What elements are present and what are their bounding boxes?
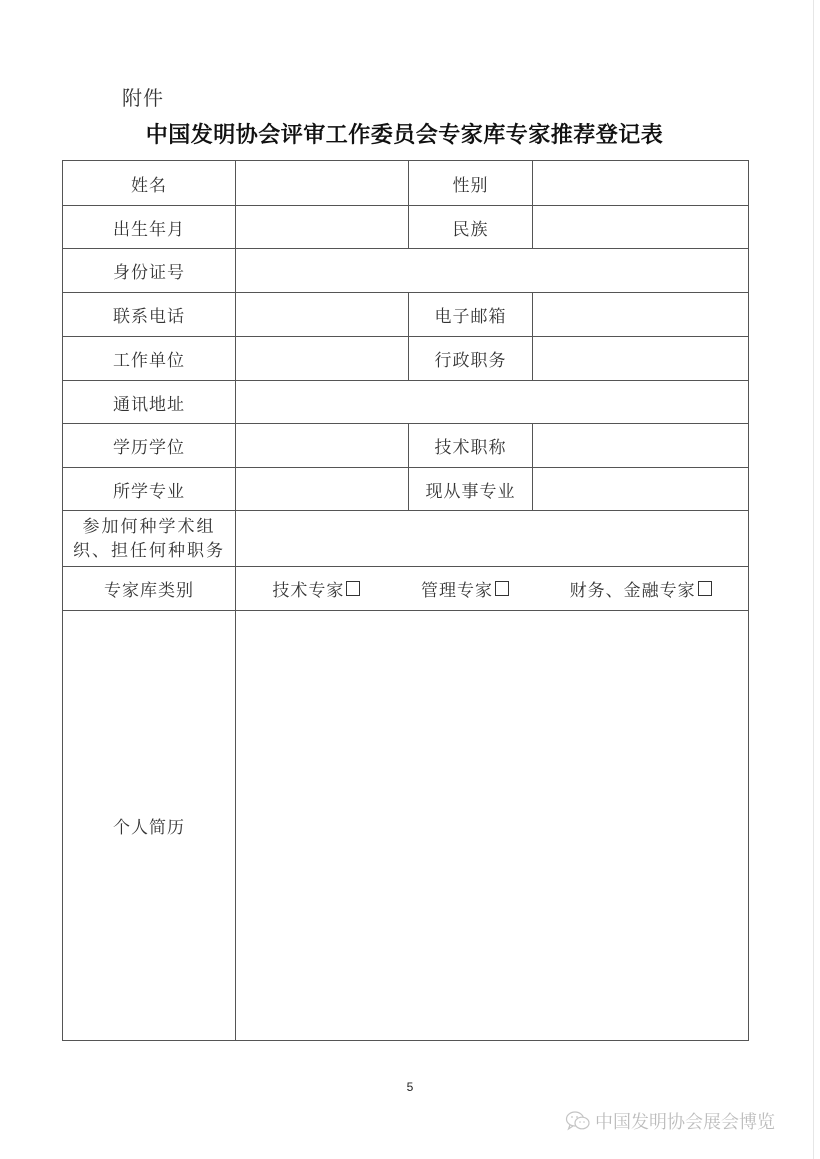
form-row-resume: 个人简历 xyxy=(63,611,749,1041)
expert-type-options: 技术专家 管理专家 财务、金融专家 xyxy=(236,567,749,611)
form-row-education: 学历学位 技术职称 xyxy=(63,424,749,468)
option-label: 管理专家 xyxy=(421,576,493,601)
field-major[interactable] xyxy=(236,468,409,511)
registration-form-table: 姓名 性别 出生年月 民族 身份证号 联系电话 电子邮箱 工作单位 行政职务 xyxy=(62,160,749,1041)
label-id-number: 身份证号 xyxy=(63,249,236,293)
option-management-expert[interactable]: 管理专家 xyxy=(421,576,509,601)
label-gender: 性别 xyxy=(409,161,533,206)
checkbox-finance-expert[interactable] xyxy=(698,581,712,596)
form-row-contact: 联系电话 电子邮箱 xyxy=(63,293,749,337)
form-row-birth: 出生年月 民族 xyxy=(63,206,749,249)
form-row-address: 通讯地址 xyxy=(63,381,749,424)
option-technical-expert[interactable]: 技术专家 xyxy=(272,576,360,601)
field-id-number[interactable] xyxy=(236,249,749,293)
watermark-text: 中国发明协会展会博览 xyxy=(595,1108,775,1134)
label-expert-type: 专家库类别 xyxy=(63,567,236,611)
field-phone[interactable] xyxy=(236,293,409,337)
label-major: 所学专业 xyxy=(63,468,236,511)
field-email[interactable] xyxy=(533,293,749,337)
label-education: 学历学位 xyxy=(63,424,236,468)
page-edge-line xyxy=(813,0,814,1159)
wechat-icon xyxy=(565,1110,591,1132)
field-employer[interactable] xyxy=(236,337,409,381)
option-label: 技术专家 xyxy=(272,576,344,601)
label-ethnicity: 民族 xyxy=(409,206,533,249)
form-row-name: 姓名 性别 xyxy=(63,161,749,206)
form-title: 中国发明协会评审工作委员会专家库专家推荐登记表 xyxy=(62,118,747,149)
option-label: 财务、金融专家 xyxy=(570,576,696,601)
field-academic-organizations[interactable] xyxy=(236,511,749,567)
form-row-organizations: 参加何种学术组 织、担任何种职务 xyxy=(63,511,749,567)
label-employer: 工作单位 xyxy=(63,337,236,381)
label-birth-date: 出生年月 xyxy=(63,206,236,249)
option-finance-expert[interactable]: 财务、金融专家 xyxy=(570,576,712,601)
label-technical-title: 技术职称 xyxy=(409,424,533,468)
label-resume: 个人简历 xyxy=(63,611,236,1041)
field-ethnicity[interactable] xyxy=(533,206,749,249)
label-address: 通讯地址 xyxy=(63,381,236,424)
checkbox-management-expert[interactable] xyxy=(495,581,509,596)
field-address[interactable] xyxy=(236,381,749,424)
form-row-expert-type: 专家库类别 技术专家 管理专家 财务、金融专家 xyxy=(63,567,749,611)
field-birth-date[interactable] xyxy=(236,206,409,249)
label-line-1: 参加何种学术组 xyxy=(63,515,235,539)
form-row-id: 身份证号 xyxy=(63,249,749,293)
label-current-field: 现从事专业 xyxy=(409,468,533,511)
page-number: 5 xyxy=(0,1080,820,1094)
attachment-label: 附件 xyxy=(122,82,164,111)
label-name: 姓名 xyxy=(63,161,236,206)
field-resume[interactable] xyxy=(236,611,749,1041)
checkbox-technical-expert[interactable] xyxy=(346,581,360,596)
label-academic-organizations: 参加何种学术组 织、担任何种职务 xyxy=(63,511,236,567)
label-line-2: 织、担任何种职务 xyxy=(63,539,235,563)
field-admin-position[interactable] xyxy=(533,337,749,381)
watermark: 中国发明协会展会博览 xyxy=(565,1108,775,1134)
form-row-major: 所学专业 现从事专业 xyxy=(63,468,749,511)
field-education[interactable] xyxy=(236,424,409,468)
field-name[interactable] xyxy=(236,161,409,206)
label-email: 电子邮箱 xyxy=(409,293,533,337)
field-current-field[interactable] xyxy=(533,468,749,511)
form-row-work: 工作单位 行政职务 xyxy=(63,337,749,381)
field-technical-title[interactable] xyxy=(533,424,749,468)
label-admin-position: 行政职务 xyxy=(409,337,533,381)
label-phone: 联系电话 xyxy=(63,293,236,337)
field-gender[interactable] xyxy=(533,161,749,206)
